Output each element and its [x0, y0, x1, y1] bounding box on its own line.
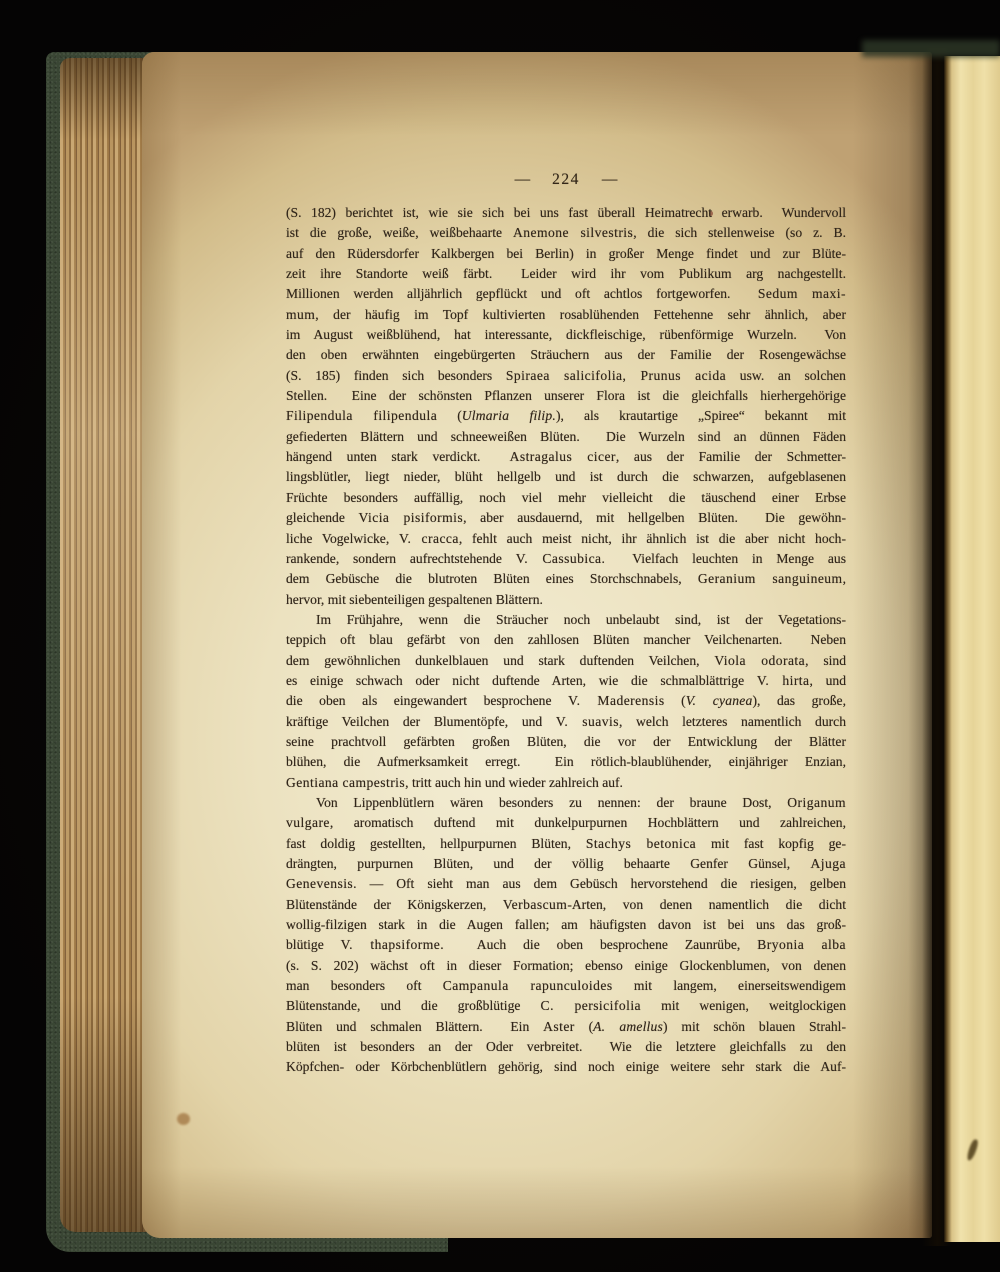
text-line: rankende, sondern aufrechtstehende V. Ca… [286, 549, 846, 569]
german-text: , die sich stellenweise (so z. B. [633, 225, 846, 240]
german-text: -Arten, von denen namentlich die dicht [567, 897, 846, 912]
text-line: den oben erwähnten eingebürgerten Sträuc… [286, 345, 846, 365]
german-text: , welch letzteres namentlich durch [619, 714, 846, 729]
text-line: blüten ist besonders an der Oder verbrei… [286, 1037, 846, 1057]
german-text: , und [810, 673, 847, 688]
text-line: (S. 182) berichtet ist, wie sie sich bei… [286, 203, 846, 223]
german-text: blütige [286, 937, 341, 952]
text-line: (s. S. 202) wächst oft in dieser Formati… [286, 956, 846, 976]
latin-plant-name: A. amellus [593, 1019, 663, 1034]
text-line: im August weißblühend, hat interessante,… [286, 325, 846, 345]
text-line: dem Gebüsche die blutroten Blüten eines … [286, 569, 846, 589]
german-text: Millionen werden alljährlich gepflückt u… [286, 286, 758, 301]
german-text: mit wenigen, weitglockigen [641, 998, 846, 1013]
book-page: —224— (S. 182) berichtet ist, wie sie si… [142, 52, 932, 1238]
latin-plant-name: Viola odorata [714, 653, 805, 668]
german-text: , fehlt auch meist nicht, ihr ähnlich is… [459, 531, 846, 546]
german-text: im August weißblühend, hat interessante,… [286, 327, 846, 342]
german-text: , aromatisch duftend mit dunkelpurpurnen… [330, 815, 846, 830]
text-line: (S. 185) finden sich besonders Spiraea s… [286, 366, 846, 386]
latin-plant-name: Vicia pisiformis [359, 510, 464, 525]
latin-plant-name: V. cracca [399, 531, 459, 546]
text-line: Millionen werden alljährlich gepflückt u… [286, 284, 846, 304]
german-text: dem gewöhnlichen dunkelblauen und stark … [286, 653, 714, 668]
latin-plant-name: Filipendula filipendula [286, 408, 437, 423]
german-text: , sind [805, 653, 846, 668]
text-line: liche Vogelwicke, V. cracca, fehlt auch … [286, 529, 846, 549]
german-text: blüten ist besonders an der Oder verbrei… [286, 1039, 846, 1054]
text-line: drängten, purpurnen Blüten, und der völl… [286, 854, 846, 874]
latin-plant-name: V. cyanea [686, 693, 753, 708]
german-text: ( [437, 408, 462, 423]
facing-page-edge [944, 56, 1000, 1242]
german-text: , [843, 571, 846, 586]
text-line: Von Lippenblütlern wären besonders zu ne… [286, 793, 846, 813]
german-text: Stellen. Eine der schönsten Pflanzen uns… [286, 388, 846, 403]
german-text: teppich oft blau gefärbt von den zahllos… [286, 632, 846, 647]
german-text: ), als krautartige „Spiree“ bekannt mit [556, 408, 846, 423]
latin-plant-name: vulgare [286, 815, 330, 830]
text-line: hervor, mit siebenteiligen gespaltenen B… [286, 590, 846, 610]
text-line: fast doldig gestellten, hellpurpurnen Bl… [286, 834, 846, 854]
german-text: ( [665, 693, 686, 708]
text-line: dem gewöhnlichen dunkelblauen und stark … [286, 651, 846, 671]
german-text: den oben erwähnten eingebürgerten Sträuc… [286, 347, 846, 362]
german-text: hervor, mit siebenteiligen gespaltenen B… [286, 592, 543, 607]
page-number: —224— [286, 171, 846, 189]
german-text: hängend unten stark verdickt. [286, 449, 510, 464]
latin-plant-name: V. hirta [757, 673, 810, 688]
german-text: liche Vogelwicke, [286, 531, 399, 546]
text-line: Blüten und schmalen Blättern. Ein Aster … [286, 1017, 846, 1037]
latin-plant-name: V. suavis [556, 714, 619, 729]
german-text: Im Frühjahre, wenn die Sträucher noch un… [316, 612, 846, 627]
german-text: kräftige Veilchen der Blumentöpfe, und [286, 714, 556, 729]
text-line: Filipendula filipendula (Ulmaria filip.)… [286, 406, 846, 426]
german-text: (S. 185) finden sich besonders [286, 368, 506, 383]
text-line: hängend unten stark verdickt. Astragalus… [286, 447, 846, 467]
german-text: ) mit schön blauen Strahl- [663, 1019, 846, 1034]
german-text: . — Oft sieht man aus dem Gebüsch hervor… [353, 876, 846, 891]
latin-plant-name: Verbascum [503, 897, 567, 912]
latin-plant-name: Spiraea salicifolia, Prunus acida [506, 368, 726, 383]
german-text: dem Gebüsche die blutroten Blüten eines … [286, 571, 698, 586]
latin-plant-name: V. Maderensis [568, 693, 665, 708]
text-line: mum, der häufig im Topf kultivierten ros… [286, 305, 846, 325]
latin-plant-name: mum [286, 307, 315, 322]
text-line: seine prachtvoll gefärbten großen Blüten… [286, 732, 846, 752]
german-text: Köpfchen- oder Körbchenblütlern gehörig,… [286, 1059, 846, 1074]
german-text: , aber ausdauernd, mit hellgelben Blüten… [463, 510, 846, 525]
text-line: gleichende Vicia pisiformis, aber ausdau… [286, 508, 846, 528]
latin-plant-name: Ulmaria filip. [462, 408, 556, 423]
german-text: die oben als eingewandert besprochene [286, 693, 568, 708]
latin-plant-name: Ajuga [811, 856, 846, 871]
german-text: . Auch die oben besprochene Zaunrübe, [440, 937, 757, 952]
latin-plant-name: Origanum [787, 795, 846, 810]
text-line: Früchte besonders auffällig, noch viel m… [286, 488, 846, 508]
text-line: lingsblütler, liegt nieder, blüht hellge… [286, 467, 846, 487]
german-text: lingsblütler, liegt nieder, blüht hellge… [286, 469, 846, 484]
german-text: Früchte besonders auffällig, noch viel m… [286, 490, 846, 505]
body-text: (S. 182) berichtet ist, wie sie sich bei… [286, 203, 846, 1078]
german-text: rankende, sondern aufrechtstehende [286, 551, 516, 566]
german-text: fast doldig gestellten, hellpurpurnen Bl… [286, 836, 586, 851]
german-text: ist die große, weiße, weißbehaarte [286, 225, 513, 240]
latin-plant-name: Genevensis [286, 876, 353, 891]
german-text: (s. S. 202) wächst oft in dieser Formati… [286, 958, 846, 973]
cover-edge-top [862, 40, 1000, 57]
latin-plant-name: Geranium sanguineum [698, 571, 843, 586]
text-line: Blütenstande, und die großblütige C. per… [286, 996, 846, 1016]
german-text: (S. 182) berichtet ist, wie sie sich bei… [286, 205, 846, 220]
latin-plant-name: Stachys betonica [586, 836, 696, 851]
text-line: Im Frühjahre, wenn die Sträucher noch un… [286, 610, 846, 630]
latin-plant-name: Astragalus cicer [510, 449, 616, 464]
text-line: Köpfchen- oder Körbchenblütlern gehörig,… [286, 1057, 846, 1077]
german-text: Blüten und schmalen Blättern. Ein [286, 1019, 543, 1034]
latin-plant-name: Sedum maxi- [758, 286, 846, 301]
latin-plant-name: V. thapsiforme [341, 937, 441, 952]
german-text: gefiederten Blättern und schneeweißen Bl… [286, 429, 846, 444]
german-text: Blütenstande, und die großblütige [286, 998, 541, 1013]
text-line: zeit ihre Standorte weiß färbt. Leider w… [286, 264, 846, 284]
german-text: wollig-filzigen stark in die Augen falle… [286, 917, 846, 932]
german-text: auf den Rüdersdorfer Kalkbergen bei Berl… [286, 246, 846, 261]
header-dash-left: — [515, 171, 531, 188]
german-text: ( [575, 1019, 593, 1034]
header-page-number: 224 [552, 171, 580, 188]
german-text: zeit ihre Standorte weiß färbt. Leider w… [286, 266, 846, 281]
german-text: drängten, purpurnen Blüten, und der völl… [286, 856, 811, 871]
text-line: Genevensis. — Oft sieht man aus dem Gebü… [286, 874, 846, 894]
latin-plant-name: Campanula rapunculoides [443, 978, 613, 993]
text-line: kräftige Veilchen der Blumentöpfe, und V… [286, 712, 846, 732]
text-line: blühen, die Aufmerksamkeit erregt. Ein r… [286, 752, 846, 772]
german-text: seine prachtvoll gefärbten großen Blüten… [286, 734, 846, 749]
german-text: usw. an solchen [726, 368, 846, 383]
text-line: gefiederten Blättern und schneeweißen Bl… [286, 427, 846, 447]
german-text: ), das große, [752, 693, 846, 708]
latin-plant-name: Gentiana campestris [286, 775, 405, 790]
german-text: , aus der Familie der Schmetter- [616, 449, 846, 464]
text-line: teppich oft blau gefärbt von den zahllos… [286, 630, 846, 650]
german-text: Blütenstände der Königskerzen, [286, 897, 503, 912]
text-line: Stellen. Eine der schönsten Pflanzen uns… [286, 386, 846, 406]
text-line: Gentiana campestris, tritt auch hin und … [286, 773, 846, 793]
latin-plant-name: C. persicifolia [541, 998, 641, 1013]
text-line: blütige V. thapsiforme. Auch die oben be… [286, 935, 846, 955]
german-text: blühen, die Aufmerksamkeit erregt. Ein r… [286, 754, 846, 769]
stain-spot [177, 1113, 190, 1125]
german-text: mit fast kopfig ge- [696, 836, 846, 851]
latin-plant-name: Bryonia alba [757, 937, 846, 952]
text-line: auf den Rüdersdorfer Kalkbergen bei Berl… [286, 244, 846, 264]
latin-plant-name: V. Cassubica [516, 551, 602, 566]
german-text: mit langem, einerseitswendigem [613, 978, 846, 993]
text-line: ist die große, weiße, weißbehaarte Anemo… [286, 223, 846, 243]
header-dash-right: — [602, 171, 618, 188]
latin-plant-name: Anemone silvestris [513, 225, 633, 240]
photo-background: —224— (S. 182) berichtet ist, wie sie si… [0, 0, 1000, 1272]
german-text: gleichende [286, 510, 359, 525]
german-text: Von Lippenblütlern wären besonders zu ne… [316, 795, 787, 810]
page-edges [60, 58, 148, 1232]
german-text: , tritt auch hin und wieder zahlreich au… [405, 775, 623, 790]
german-text: es einige schwach oder nicht duftende Ar… [286, 673, 757, 688]
text-line: Blütenstände der Königskerzen, Verbascum… [286, 895, 846, 915]
text-line: wollig-filzigen stark in die Augen falle… [286, 915, 846, 935]
german-text: man besonders oft [286, 978, 443, 993]
text-line: vulgare, aromatisch duftend mit dunkelpu… [286, 813, 846, 833]
latin-plant-name: Aster [543, 1019, 575, 1034]
german-text: , der häufig im Topf kultivierten rosabl… [315, 307, 846, 322]
text-line: die oben als eingewandert besprochene V.… [286, 691, 846, 711]
german-text: . Vielfach leuchten in Menge aus [602, 551, 846, 566]
text-line: es einige schwach oder nicht duftende Ar… [286, 671, 846, 691]
text-line: man besonders oft Campanula rapunculoide… [286, 976, 846, 996]
